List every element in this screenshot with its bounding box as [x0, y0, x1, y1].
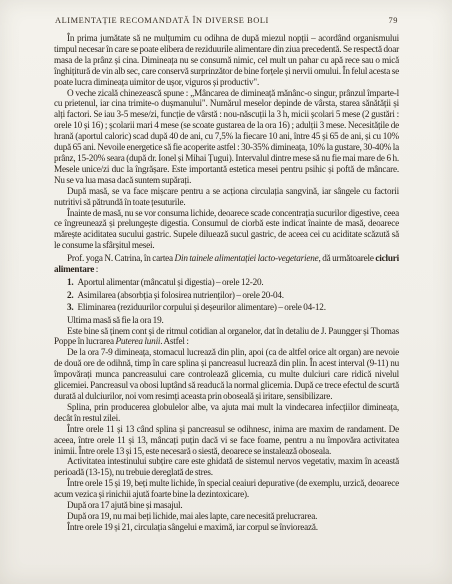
book-title-italic: Din tainele alimentației lacto-vegetarie…	[175, 253, 319, 263]
text-segment: Între orele 11 și 13 când splina și panc…	[54, 424, 399, 456]
page-number: 79	[389, 16, 398, 25]
text-segment: . Astfel :	[160, 336, 188, 346]
text-segment: O veche zicală chinezească spune : „Mânc…	[54, 88, 399, 185]
paragraph: O veche zicală chinezească spune : „Mânc…	[54, 88, 399, 186]
list-item-number: 2.	[67, 290, 78, 300]
text-segment: Aportul alimentar (mâncatul și digestia)…	[78, 277, 264, 287]
page-body: În prima jumătate să ne mulțumim cu odih…	[54, 33, 399, 533]
paragraph: După ora 19, nu mai beți lichide, mai al…	[54, 511, 399, 522]
paragraph: Între orele 19 și 21, circulația sângelu…	[54, 522, 399, 533]
text-segment: Activitatea intestinului subțire care es…	[54, 456, 399, 477]
text-segment: Este bine să ținem cont și de ritmul cot…	[54, 326, 399, 347]
text-segment: După masă, se va face mișcare pentru a s…	[54, 186, 399, 207]
running-title: ALIMENTAȚIE RECOMANDATĂ ÎN DIVERSE BOLI	[55, 16, 269, 25]
paragraph: Prof. yoga N. Catrina, în cartea Din tai…	[54, 253, 399, 275]
paragraph: Activitatea intestinului subțire care es…	[54, 456, 399, 478]
paragraph: Între orele 11 și 13 când splina și panc…	[54, 424, 399, 457]
text-segment: Eliminarea (reziduurilor corpului și deș…	[78, 302, 326, 312]
text-segment: :	[94, 264, 98, 274]
text-segment: După ora 17 ajută bine și masajul.	[67, 500, 182, 510]
text-segment: Între orele 19 și 21, circulația sângelu…	[67, 522, 318, 532]
paragraph: După masă, se va face mișcare pentru a s…	[54, 186, 399, 208]
book-page: ALIMENTAȚIE RECOMANDATĂ ÎN DIVERSE BOLI …	[0, 0, 452, 584]
text-segment: După ora 19, nu mai beți lichide, mai al…	[67, 511, 317, 521]
text-segment: De la ora 7-9 dimineața, stomacul lucrea…	[54, 347, 399, 401]
text-segment: Prof. yoga N. Catrina, în cartea	[67, 253, 175, 263]
page-header: ALIMENTAȚIE RECOMANDATĂ ÎN DIVERSE BOLI …	[55, 16, 398, 25]
text-segment: , dă următoarele	[319, 253, 376, 263]
text-segment: Splina, prin producerea globulelor albe,…	[54, 402, 399, 423]
text-segment: Ultima masă să fie la ora 19.	[67, 315, 164, 325]
paragraph: Ultima masă să fie la ora 19.	[54, 315, 399, 326]
book-title-italic: Puterea lunii	[115, 336, 160, 346]
list-item-number: 1.	[67, 277, 78, 287]
paragraph: Înainte de masă, nu se vor consuma lichi…	[54, 208, 399, 252]
paragraph: Splina, prin producerea globulelor albe,…	[54, 402, 399, 424]
list-item-number: 3.	[67, 302, 78, 312]
paragraph: Între orele 15 și 19, beți multe lichide…	[54, 478, 399, 500]
list-item: 1.Aportul alimentar (mâncatul și digesti…	[54, 277, 399, 288]
list-item: 2.Asimilarea (absorbția și folosirea nut…	[54, 290, 399, 301]
text-segment: Înainte de masă, nu se vor consuma lichi…	[54, 208, 399, 251]
text-segment: Asimilarea (absorbția și folosirea nutri…	[78, 290, 284, 300]
paragraph: În prima jumătate să ne mulțumim cu odih…	[54, 33, 399, 88]
text-segment: În prima jumătate să ne mulțumim cu odih…	[54, 33, 399, 87]
paragraph: După ora 17 ajută bine și masajul.	[54, 500, 399, 511]
paragraph: Este bine să ținem cont și de ritmul cot…	[54, 326, 399, 348]
text-segment: Între orele 15 și 19, beți multe lichide…	[54, 478, 399, 499]
list-item: 3.Eliminarea (reziduurilor corpului și d…	[54, 302, 399, 313]
paragraph: De la ora 7-9 dimineața, stomacul lucrea…	[54, 347, 399, 402]
